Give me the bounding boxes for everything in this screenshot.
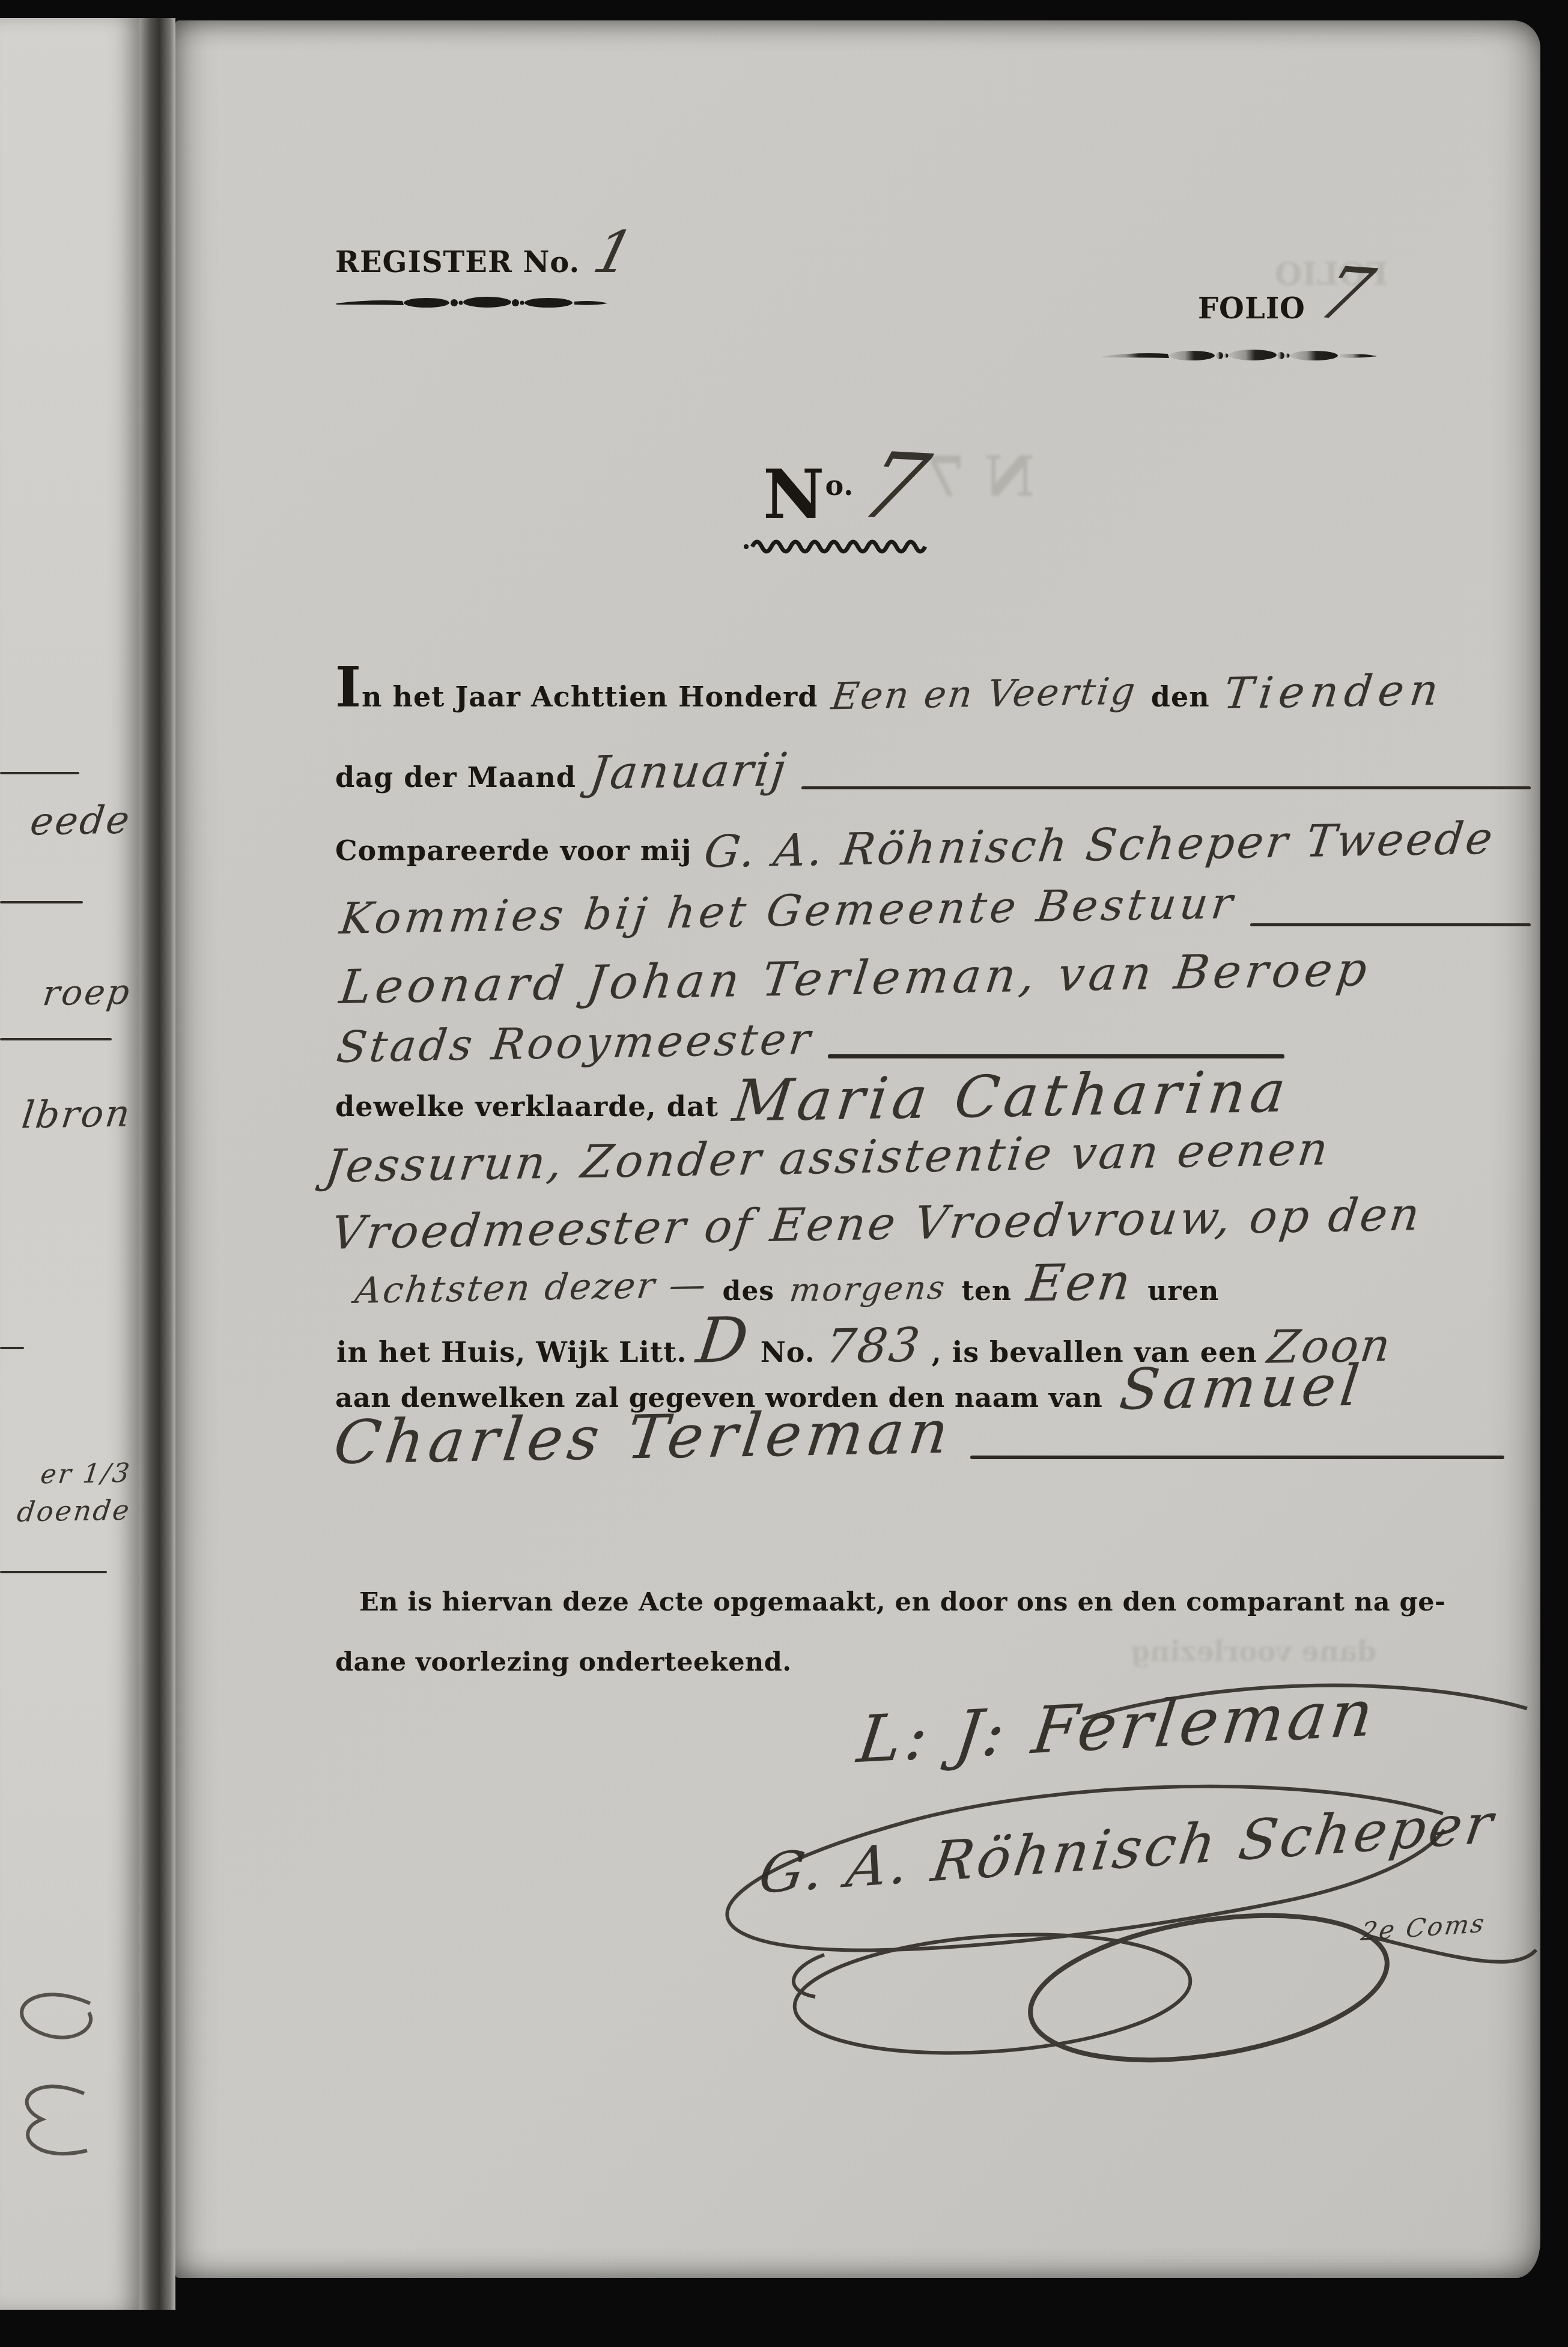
signature-paraph-flourish: [680, 1756, 1539, 2081]
printed-text: In het Jaar Achttien Honderd: [335, 681, 818, 713]
handwritten-declarant-name: Leonard Johan Terleman, van Beroep: [336, 943, 1374, 1015]
left-fragment-text: doende: [16, 1493, 133, 1528]
printed-text: Compareerde voor mij: [335, 834, 692, 867]
act-line-declarant: Leonard Johan Terleman, van Beroep: [341, 952, 1370, 1006]
handwritten-official-name: G. A. Röhnisch Scheper Tweede: [701, 813, 1498, 878]
act-number-label: No.: [763, 455, 854, 534]
act-line-no-midwife: Vroedmeester of Eene Vroedvrouw, op den: [333, 1197, 1420, 1250]
archival-scan: eede roep lbron er 1/3 doende REGISTER N…: [0, 0, 1568, 2347]
printed-text: n het Jaar Achttien Honderd: [362, 681, 818, 713]
act-no-superscript: o.: [825, 469, 854, 502]
baseline-rule: [801, 786, 1531, 789]
handwritten-mother-firstnames: Maria Catharina: [729, 1058, 1294, 1135]
folio-label: FOLIO: [1198, 292, 1305, 326]
act-number-heading: No. 7: [763, 435, 925, 539]
left-fragment-text: lbron: [19, 1091, 134, 1137]
printed-text: uren: [1147, 1276, 1219, 1307]
left-fragment-rule: [0, 772, 79, 774]
act-line-mother: dewelke verklaarde, dat Maria Catharina: [335, 1063, 1289, 1130]
left-fragment-rule: [0, 1038, 112, 1040]
handwritten-text: Jessurun, Zonder assistentie van eenen: [323, 1122, 1334, 1192]
left-fragment-text: roep: [41, 971, 134, 1014]
left-page: eede roep lbron er 1/3 doende: [0, 18, 139, 2310]
left-fragment-rule: [0, 1571, 107, 1573]
book-gutter: [139, 18, 175, 2310]
register-ornament-rule: [335, 292, 609, 314]
act-line-official: Compareerde voor mij G. A. Röhnisch Sche…: [335, 819, 1494, 871]
handwritten-day: Tienden: [1221, 664, 1447, 718]
left-fragment-rule: [0, 901, 83, 903]
printed-text: des: [723, 1276, 775, 1307]
act-line-official-title: Kommies bij het Gemeente Bestuur: [341, 885, 1531, 936]
baseline-rule: [828, 1054, 1284, 1058]
act-line-child-name-2: Charles Terleman: [335, 1402, 1504, 1472]
folio-ornament-rule: [1101, 345, 1378, 366]
printed-text: den: [1151, 681, 1210, 713]
left-fragment-flourish: [0, 1970, 108, 2169]
register-header: REGISTER No. 1: [335, 219, 634, 286]
baseline-rule: [970, 1456, 1504, 1459]
handwritten-child-names: Charles Terleman: [330, 1397, 957, 1478]
act-number-showthrough-ghost: N 7: [926, 444, 1035, 509]
handwritten-official-title: Kommies bij het Gemeente Bestuur: [337, 878, 1239, 944]
handwritten-text: Vroedmeester of Eene Vroedvrouw, op den: [328, 1187, 1424, 1260]
handwritten-month: Januarij: [587, 742, 791, 800]
folio-header: FOLIO 7: [1198, 252, 1370, 335]
register-label: REGISTER No.: [335, 246, 580, 279]
act-heading-wavy-rule: [741, 532, 946, 556]
printed-text: dewelke verklaarde, dat: [335, 1090, 719, 1123]
left-fragment-text: eede: [28, 798, 134, 845]
printed-text: dag der Maand: [335, 761, 576, 794]
act-line-year: In het Jaar Achttien Honderd Een en Veer…: [335, 666, 1444, 717]
act-line-mother-surname: Jessurun, Zonder assistentie van eenen: [327, 1131, 1329, 1184]
closing-paragraph-line2: dane voorlezing onderteekend.: [335, 1647, 792, 1677]
act-no-letter: N: [763, 455, 825, 534]
folio-number-handwritten: 7: [1308, 250, 1386, 336]
printed-text: En is hiervan deze Acte opgemaakt, en do…: [359, 1587, 1445, 1617]
closing-paragraph-line1: En is hiervan deze Acte opgemaakt, en do…: [359, 1587, 1445, 1617]
register-number-handwritten: 1: [587, 219, 642, 286]
closing-showthrough-ghost: dane voorlezing: [1131, 1635, 1376, 1668]
document-page: REGISTER No. 1 FOLIO FOLIO 7: [175, 20, 1540, 2278]
printed-text: ten: [962, 1276, 1012, 1307]
drop-initial: I: [335, 655, 362, 720]
left-fragment-text: er 1/3: [39, 1458, 133, 1490]
baseline-rule: [1250, 923, 1531, 926]
handwritten-year: Een en Veertig: [829, 669, 1140, 718]
left-fragment-rule: [0, 1347, 24, 1349]
act-line-month: dag der Maand Januarij: [335, 744, 1531, 798]
printed-text: dane voorlezing onderteekend.: [335, 1647, 792, 1677]
